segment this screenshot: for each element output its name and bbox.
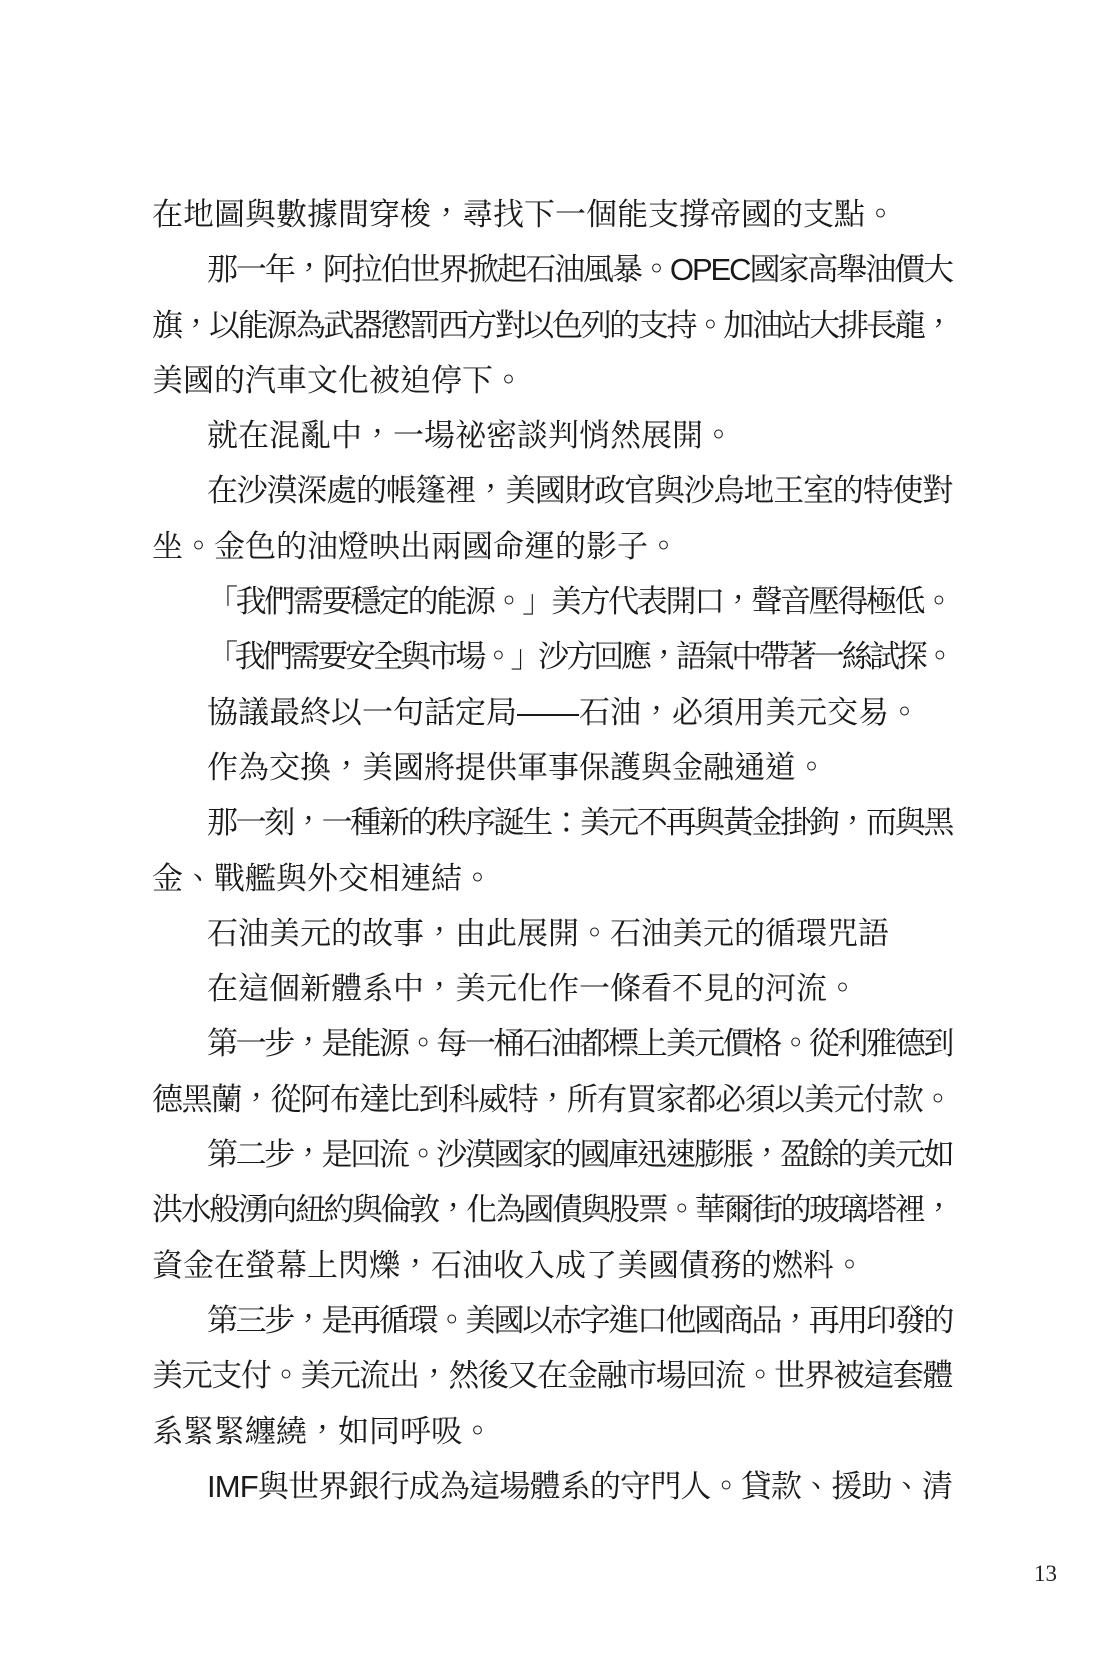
text-line: 坐。金色的油燈映出兩國命運的影子。 (152, 519, 952, 574)
text-line-content: 金、戰艦與外交相連結。 (152, 851, 493, 906)
text-line: 協議最終以一句話定局——石油，必須用美元交易。 (152, 685, 952, 740)
text-line: IMF與世界銀行成為這場體系的守門人。貸款、援助、清 (152, 1459, 952, 1514)
text-line-content: 第一步，是能源。每一桶石油都標上美元價格。從利雅德到 (207, 1016, 952, 1071)
text-line: 「我們需要安全與市場。」沙方回應，語氣中帶著一絲試探。 (152, 629, 952, 684)
text-line: 第一步，是能源。每一桶石油都標上美元價格。從利雅德到 (152, 1016, 952, 1071)
text-line-content: 在這個新體系中，美元化作一條看不見的河流。 (207, 961, 858, 1016)
text-line: 作為交換，美國將提供軍事保護與金融通道。 (152, 740, 952, 795)
text-line-content: 資金在螢幕上閃爍，石油收入成了美國債務的燃料。 (152, 1238, 865, 1293)
page-number: 13 (1034, 1562, 1057, 1585)
text-line: 在這個新體系中，美元化作一條看不見的河流。 (152, 961, 952, 1016)
text-line-content: 那一年，阿拉伯世界掀起石油風暴。OPEC國家高舉油價大 (207, 242, 952, 297)
text-line: 洪水般湧向紐約與倫敦，化為國債與股票。華爾街的玻璃塔裡， (152, 1182, 952, 1237)
text-line: 在沙漠深處的帳篷裡，美國財政官與沙烏地王室的特使對 (152, 463, 952, 518)
text-line-content: 在沙漠深處的帳篷裡，美國財政官與沙烏地王室的特使對 (207, 463, 952, 518)
text-line: 資金在螢幕上閃爍，石油收入成了美國債務的燃料。 (152, 1238, 952, 1293)
text-line-content: 第二步，是回流。沙漠國家的國庫迅速膨脹，盈餘的美元如 (207, 1127, 952, 1182)
text-line: 第三步，是再循環。美國以赤字進口他國商品，再用印發的 (152, 1293, 952, 1348)
text-line-content: 第三步，是再循環。美國以赤字進口他國商品，再用印發的 (207, 1293, 952, 1348)
text-line-content: 系緊緊纏繞，如同呼吸。 (152, 1404, 493, 1459)
text-line-content: 美國的汽車文化被迫停下。 (152, 353, 524, 408)
text-line-content: 德黑蘭，從阿布達比到科威特，所有買家都必須以美元付款。 (152, 1072, 952, 1127)
text-line-content: 在地圖與數據間穿梭，尋找下一個能支撐帝國的支點。 (152, 187, 896, 242)
text-line-content: 「我們需要穩定的能源。」美方代表開口，聲音壓得極低。 (207, 574, 952, 629)
text-line-content: 坐。金色的油燈映出兩國命運的影子。 (152, 519, 679, 574)
text-line-content: 協議最終以一句話定局——石油，必須用美元交易。 (207, 685, 920, 740)
text-line: 金、戰艦與外交相連結。 (152, 851, 952, 906)
body-text: 在地圖與數據間穿梭，尋找下一個能支撐帝國的支點。那一年，阿拉伯世界掀起石油風暴。… (152, 187, 952, 1514)
text-line: 美國的汽車文化被迫停下。 (152, 353, 952, 408)
text-line-content: 那一刻，一種新的秩序誕生：美元不再與黃金掛鉤，而與黑 (207, 795, 952, 850)
text-line: 系緊緊纏繞，如同呼吸。 (152, 1404, 952, 1459)
text-line-content: 洪水般湧向紐約與倫敦，化為國債與股票。華爾街的玻璃塔裡， (152, 1182, 952, 1237)
text-line: 那一年，阿拉伯世界掀起石油風暴。OPEC國家高舉油價大 (152, 242, 952, 297)
text-line-content: 石油美元的故事，由此展開。石油美元的循環咒語 (207, 906, 889, 961)
text-line: 石油美元的故事，由此展開。石油美元的循環咒語 (152, 906, 952, 961)
text-line: 旗，以能源為武器懲罰西方對以色列的支持。加油站大排長龍， (152, 298, 952, 353)
text-line: 德黑蘭，從阿布達比到科威特，所有買家都必須以美元付款。 (152, 1072, 952, 1127)
text-line: 第二步，是回流。沙漠國家的國庫迅速膨脹，盈餘的美元如 (152, 1127, 952, 1182)
book-page: 在地圖與數據間穿梭，尋找下一個能支撐帝國的支點。那一年，阿拉伯世界掀起石油風暴。… (0, 0, 1103, 1654)
text-line: 「我們需要穩定的能源。」美方代表開口，聲音壓得極低。 (152, 574, 952, 629)
text-line-content: 就在混亂中，一場祕密談判悄然展開。 (207, 408, 734, 463)
text-line: 那一刻，一種新的秩序誕生：美元不再與黃金掛鉤，而與黑 (152, 795, 952, 850)
text-line: 在地圖與數據間穿梭，尋找下一個能支撐帝國的支點。 (152, 187, 952, 242)
text-line-content: 美元支付。美元流出，然後又在金融市場回流。世界被這套體 (152, 1348, 952, 1403)
text-line: 就在混亂中，一場祕密談判悄然展開。 (152, 408, 952, 463)
text-line-content: IMF與世界銀行成為這場體系的守門人。貸款、援助、清 (207, 1459, 952, 1514)
text-line: 美元支付。美元流出，然後又在金融市場回流。世界被這套體 (152, 1348, 952, 1403)
text-line-content: 旗，以能源為武器懲罰西方對以色列的支持。加油站大排長龍， (152, 298, 952, 353)
text-line-content: 作為交換，美國將提供軍事保護與金融通道。 (207, 740, 827, 795)
text-line-content: 「我們需要安全與市場。」沙方回應，語氣中帶著一絲試探。 (207, 629, 952, 684)
